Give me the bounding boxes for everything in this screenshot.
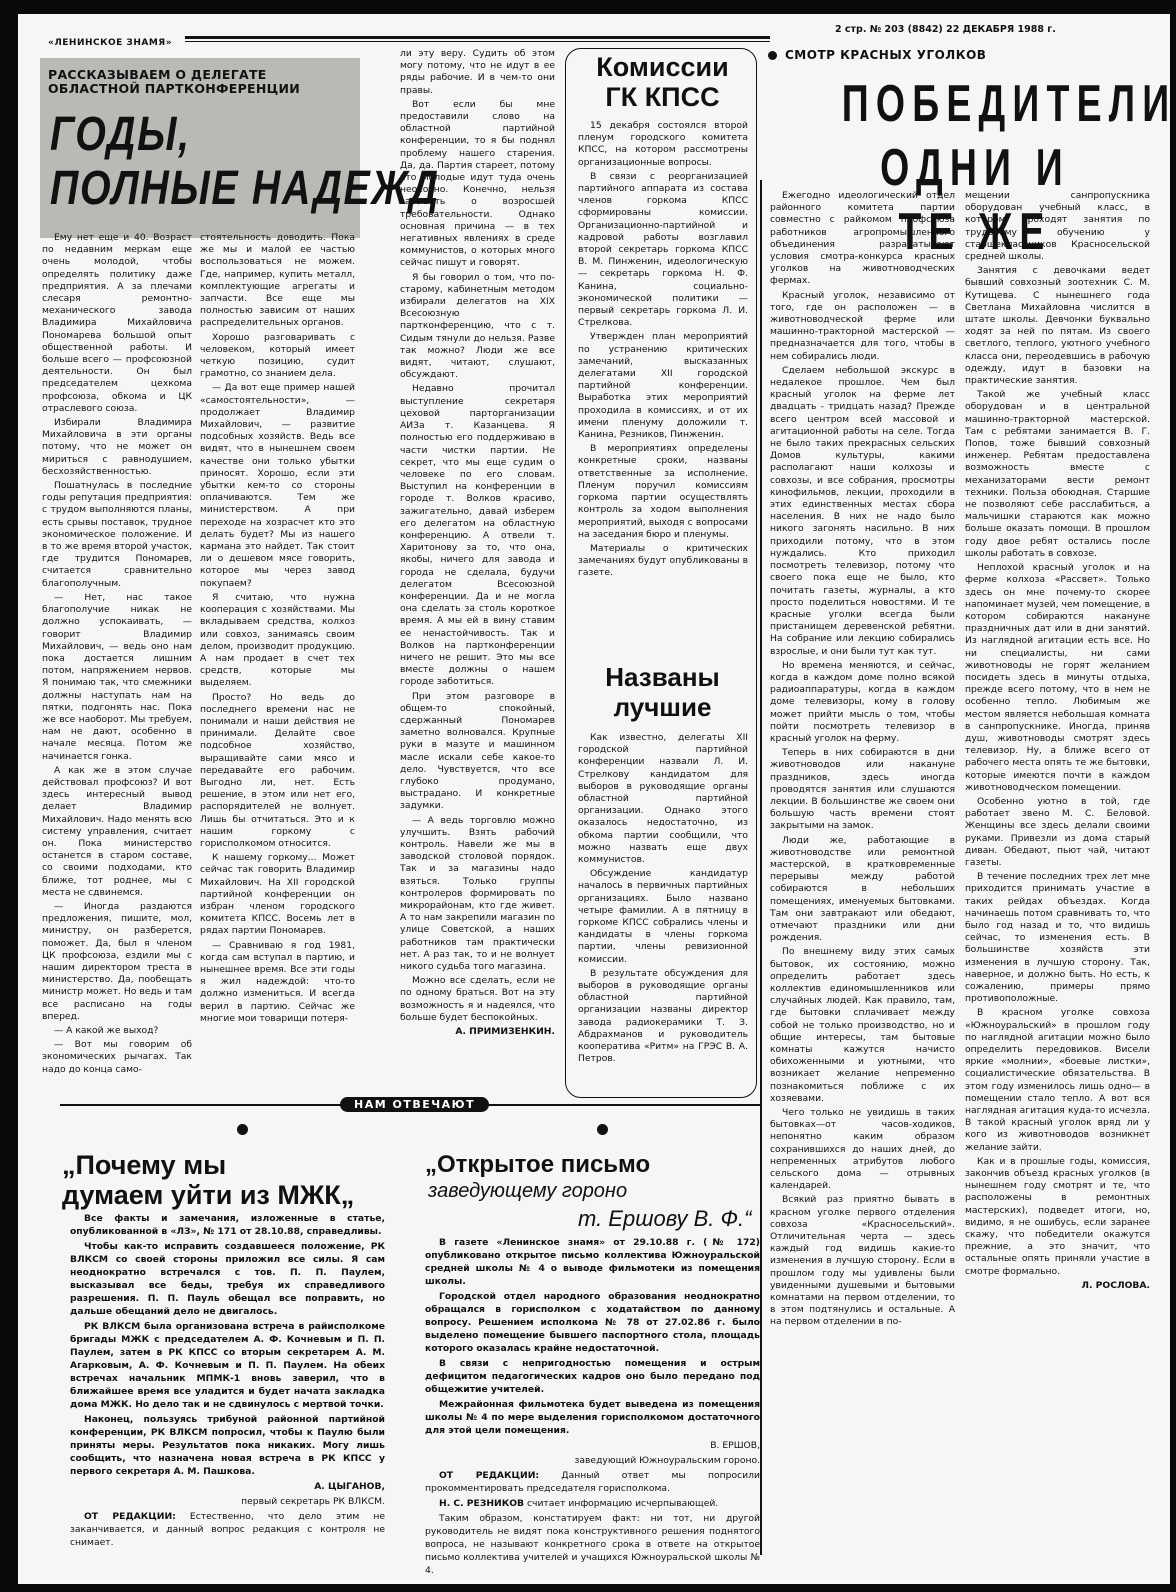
- rubric-label: СМОТР КРАСНЫХ УГОЛКОВ: [768, 48, 986, 62]
- paragraph: Как известно, делегаты XII городской пар…: [578, 732, 748, 866]
- gody-column-1: Ему нет еще и 40. Возраст по недавним ме…: [42, 232, 192, 1078]
- title-line-3: т. Ершову В. Ф.“: [578, 1206, 751, 1232]
- author-signature: В. ЕРШОВ,: [425, 1439, 760, 1452]
- mzhk-body: Все факты и замечания, изложенные в стат…: [70, 1212, 385, 1551]
- paragraph: В красном уголке совхоза «Южноуральский»…: [965, 1007, 1150, 1153]
- scan-border-right: [1170, 0, 1176, 1592]
- title-line-1: ПОБЕДИТЕЛИ: [842, 72, 1108, 136]
- paragraph: — Да вот еще пример нашей «самостоятельн…: [200, 382, 355, 589]
- title-line-1: Названы: [575, 662, 750, 692]
- paragraph: Таким образом, констатируем факт: ни тот…: [425, 1512, 760, 1577]
- paragraph: Наконец, пользуясь трибуной районной пар…: [70, 1413, 385, 1478]
- paragraph: Красный уголок, независимо от того, где …: [770, 290, 955, 363]
- author-signature: Л. РОСЛОВА.: [965, 1280, 1150, 1292]
- author-signature: А. ПРИМИЗЕНКИН.: [400, 1026, 555, 1038]
- title-line-1: Комиссии: [575, 52, 750, 82]
- paragraph: Обсуждение кандидатур началось в первичн…: [578, 868, 748, 966]
- paper-name: «ЛЕНИНСКОЕ ЗНАМЯ»: [48, 38, 172, 48]
- paragraph: В результате обсуждения для выборов в ру…: [578, 968, 748, 1066]
- paragraph: Неплохой красный уголок и на ферме колхо…: [965, 562, 1150, 794]
- paragraph: Недавно прочитал выступление секретаря ц…: [400, 383, 555, 688]
- paragraph: — А какой же выход?: [42, 1025, 192, 1037]
- gody-column-2: стоятельность доводить. Пока же мы и мал…: [200, 232, 355, 1027]
- editorial-text: считает информацию исчерпывающей.: [527, 1498, 718, 1509]
- paragraph: Теперь в них собираются в дни животновод…: [770, 747, 955, 832]
- bullet-icon: [597, 1124, 608, 1135]
- paragraph: стоятельность доводить. Пока же мы и мал…: [200, 232, 355, 330]
- author-signature: А. ЦЫГАНОВ,: [70, 1480, 385, 1493]
- title-line-2: ГК КПСС: [575, 82, 750, 112]
- pismo-body: В газете «Ленинское знамя» от 29.10.88 г…: [425, 1236, 760, 1579]
- paragraph: — Иногда раздаются предложения, пишите, …: [42, 901, 192, 1023]
- pobediteli-column-2: мещении санпропускника оборудован учебны…: [965, 190, 1150, 1294]
- title-line-2: лучшие: [575, 692, 750, 722]
- paragraph: А как же в этом случае действовал профсо…: [42, 765, 192, 899]
- title-line-2: думаем уйти из МЖК„: [62, 1180, 354, 1210]
- paragraph: Материалы о критических замечаниях будут…: [578, 543, 748, 580]
- paragraph: При этом разговоре в общем-то спокойный,…: [400, 691, 555, 813]
- paragraph: В течение последних трех лет мне приходи…: [965, 871, 1150, 1005]
- scan-border-bottom: [0, 1584, 1176, 1592]
- editorial-label: ОТ РЕДАКЦИИ:: [439, 1470, 539, 1481]
- title-line-1: „Открытое письмо: [425, 1150, 650, 1180]
- paragraph: Пошатнулась в последние годы репутация п…: [42, 480, 192, 590]
- paragraph: — Вот мы говорим об экономических рычага…: [42, 1039, 192, 1076]
- title-line-1: ГОДЫ,: [50, 108, 440, 162]
- paragraph: Хорошо разговаривать с человеком, которы…: [200, 332, 355, 381]
- paragraph: Как и в прошлые годы, комиссия, закончив…: [965, 1156, 1150, 1278]
- paragraph: Занятия с девочками ведет бывший совхозн…: [965, 265, 1150, 387]
- scan-border-top: [0, 0, 1176, 14]
- rubric-text: СМОТР КРАСНЫХ УГОЛКОВ: [785, 48, 986, 62]
- paragraph: Но времена меняются, и сейчас, когда в к…: [770, 660, 955, 745]
- bullet-icon: [768, 51, 777, 60]
- kicker-line-1: РАССКАЗЫВАЕМ О ДЕЛЕГАТЕ: [48, 68, 300, 82]
- paragraph: Утвержден план мероприятий по устранению…: [578, 331, 748, 441]
- title-line-2: ПОЛНЫЕ НАДЕЖД: [50, 162, 440, 216]
- paragraph: Люди же, работающие в животноводстве или…: [770, 835, 955, 945]
- article-title-nazvany: Названы лучшие: [575, 662, 750, 722]
- bullet-icon: [237, 1124, 248, 1135]
- author-title: первый секретарь РК ВЛКСМ.: [70, 1495, 385, 1508]
- paragraph: Городской отдел народного образования не…: [425, 1290, 760, 1355]
- paragraph: Все факты и замечания, изложенные в стат…: [70, 1212, 385, 1238]
- person-name: Н. С. РЕЗНИКОВ: [439, 1498, 524, 1509]
- paragraph: Просто? Но ведь до последнего времени на…: [200, 692, 355, 851]
- article-title-mzhk: „Почему мы думаем уйти из МЖК„: [62, 1150, 354, 1210]
- gody-column-3: ли эту веру. Судить об этом могу потому,…: [400, 48, 555, 1040]
- newspaper-page: «ЛЕНИНСКОЕ ЗНАМЯ» 2 стр. № 203 (8842) 22…: [0, 0, 1176, 1592]
- article-kicker: РАССКАЗЫВАЕМ О ДЕЛЕГАТЕ ОБЛАСТНОЙ ПАРТКО…: [48, 68, 300, 96]
- paragraph: В связи с реорганизацией партийного аппа…: [578, 171, 748, 330]
- paragraph: Можно все сделать, если не по одному бра…: [400, 975, 555, 1024]
- editorial-label: ОТ РЕДАКЦИИ:: [84, 1511, 176, 1522]
- paragraph: Ему нет еще и 40. Возраст по недавним ме…: [42, 232, 192, 415]
- paragraph: Чего только не увидишь в таких бытовках—…: [770, 1107, 955, 1192]
- author-title: заведующий Южноуральским гороно.: [425, 1454, 760, 1467]
- paragraph: К нашему горкому... Может сейчас так гов…: [200, 852, 355, 937]
- paragraph: ли эту веру. Судить об этом могу потому,…: [400, 48, 555, 97]
- paragraph: В мероприятиях определены конкретные сро…: [578, 443, 748, 541]
- paragraph: — Сравниваю я год 1981, когда сам вступа…: [200, 940, 355, 1025]
- issue-line: 2 стр. № 203 (8842) 22 ДЕКАБРЯ 1988 г.: [835, 24, 1056, 35]
- paragraph: — А ведь торговлю можно улучшить. Взять …: [400, 815, 555, 974]
- paragraph: Чтобы как-то исправить создавшееся полож…: [70, 1240, 385, 1318]
- article-title-pismo: „Открытое письмо: [425, 1150, 650, 1180]
- article-title-komissii: Комиссии ГК КПСС: [575, 52, 750, 112]
- nazvany-body: Как известно, делегаты XII городской пар…: [578, 732, 748, 1067]
- column-divider: [760, 180, 762, 1555]
- title-line-1: „Почему мы: [62, 1150, 354, 1180]
- paragraph: Я бы говорил о том, что по-старому, каби…: [400, 272, 555, 382]
- paragraph: Межрайонная фильмотека будет выведена из…: [425, 1398, 760, 1437]
- paragraph: Особенно уютно в той, где работает звено…: [965, 796, 1150, 869]
- paragraph: мещении санпропускника оборудован учебны…: [965, 190, 1150, 263]
- paragraph: В газете «Ленинское знамя» от 29.10.88 г…: [425, 1236, 760, 1288]
- paragraph: 15 декабря состоялся второй пленум город…: [578, 120, 748, 169]
- paragraph: Сделаем небольшой экскурс в недалекое пр…: [770, 365, 955, 658]
- pobediteli-column-1: Ежегодно идеологический отдел районного …: [770, 190, 955, 1331]
- paragraph: Избирали Владимира Михайловича в эти орг…: [42, 417, 192, 478]
- paragraph: РК ВЛКСМ была организована встреча в рай…: [70, 1320, 385, 1411]
- scan-border-left: [0, 0, 18, 1592]
- masthead-rule: [185, 36, 770, 39]
- paragraph: Ежегодно идеологический отдел районного …: [770, 190, 955, 288]
- kicker-line-2: ОБЛАСТНОЙ ПАРТКОНФЕРЕНЦИИ: [48, 82, 300, 96]
- paragraph: Всякий раз приятно бывать в красном угол…: [770, 1194, 955, 1328]
- paragraph: По внешнему виду этих самых бытовок, их …: [770, 946, 955, 1105]
- article-title-gody: ГОДЫ, ПОЛНЫЕ НАДЕЖД: [50, 108, 440, 216]
- title-line-2: заведующему гороно: [428, 1180, 627, 1203]
- section-banner: НАМ ОТВЕЧАЮТ: [340, 1097, 489, 1112]
- komissii-body: 15 декабря состоялся второй пленум город…: [578, 120, 748, 582]
- masthead-rule-thin: [185, 41, 770, 42]
- paragraph: Вот если бы мне предоставили слово на об…: [400, 99, 555, 270]
- paragraph: Такой же учебный класс оборудован и в це…: [965, 389, 1150, 560]
- paragraph: В связи с непригодностью помещения и ост…: [425, 1357, 760, 1396]
- paragraph: — Нет, нас такое благополучие никак не д…: [42, 592, 192, 763]
- paragraph: Я считаю, что нужна кооперация с хозяйст…: [200, 592, 355, 690]
